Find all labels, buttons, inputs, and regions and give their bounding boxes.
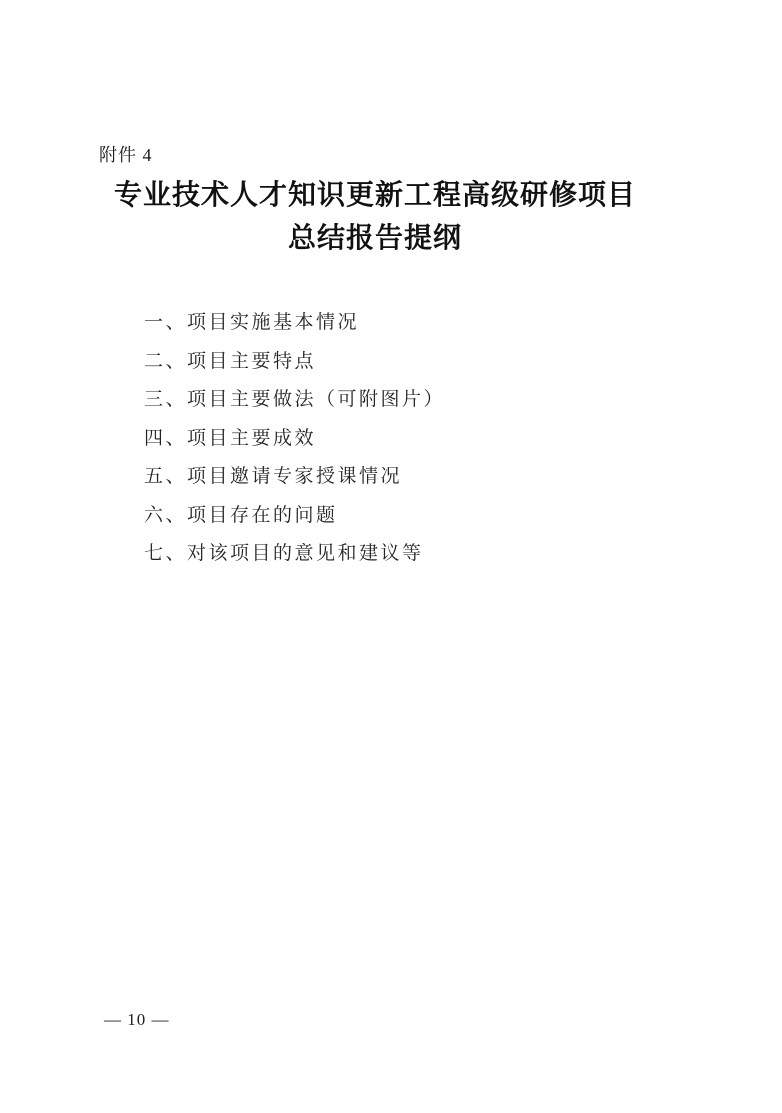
outline-item-1: 一、项目实施基本情况: [144, 312, 445, 334]
document-title: 专业技术人才知识更新工程高级研修项目 总结报告提纲: [100, 174, 650, 260]
outline-item-3: 三、项目主要做法（可附图片）: [144, 389, 445, 411]
page-number: — 10 —: [104, 1010, 170, 1030]
document-title-line-1: 专业技术人才知识更新工程高级研修项目: [100, 174, 650, 217]
outline-item-7: 七、对该项目的意见和建议等: [144, 543, 445, 565]
document-title-line-2: 总结报告提纲: [100, 217, 650, 260]
outline-item-5: 五、项目邀请专家授课情况: [144, 466, 445, 488]
outline-item-6: 六、项目存在的问题: [144, 505, 445, 527]
outline-item-4: 四、项目主要成效: [144, 428, 445, 450]
attachment-label: 附件 4: [99, 143, 153, 167]
outline-list: 一、项目实施基本情况 二、项目主要特点 三、项目主要做法（可附图片） 四、项目主…: [144, 312, 445, 582]
document-page: 附件 4 专业技术人才知识更新工程高级研修项目 总结报告提纲 一、项目实施基本情…: [0, 0, 782, 1113]
outline-item-2: 二、项目主要特点: [144, 351, 445, 373]
